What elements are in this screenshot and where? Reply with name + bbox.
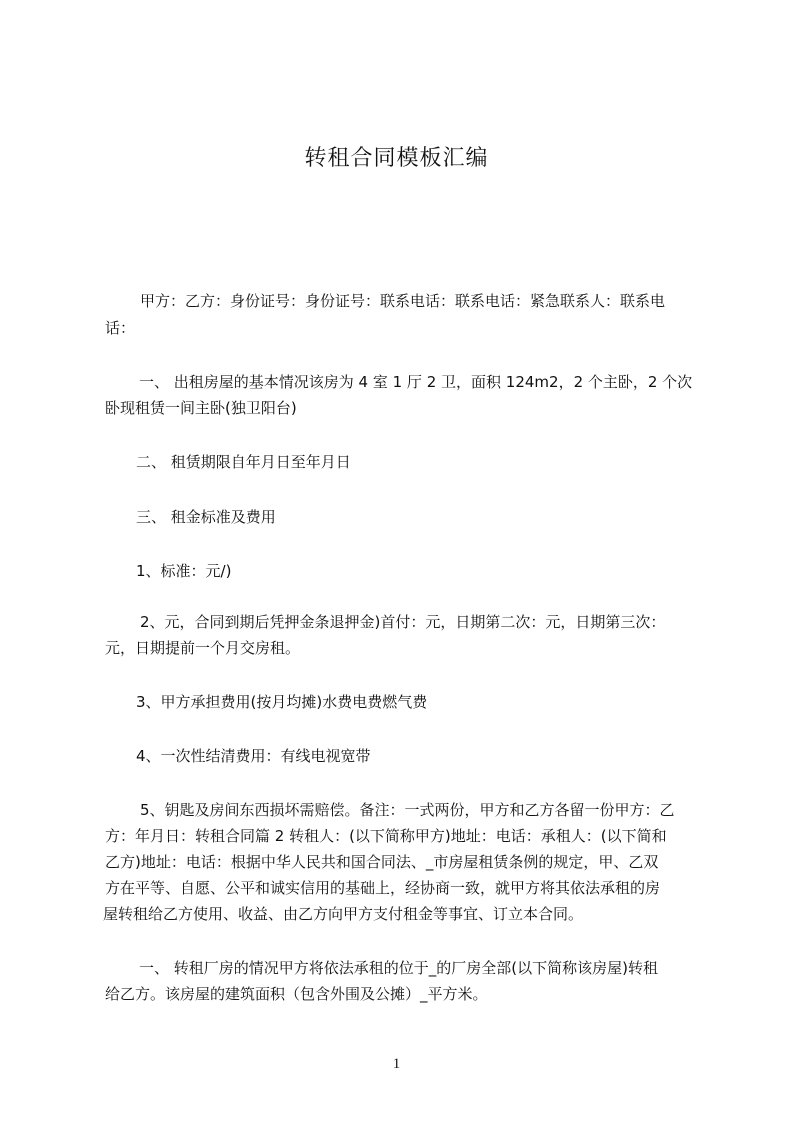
- body-line: 一、 转租厂房的情况甲方将依法承租的位于_的厂房全部(以下简称该房屋)转租: [139, 958, 658, 978]
- body-line: 二、 租赁期限自年月日至年月日: [136, 452, 351, 472]
- body-line: 甲方：乙方：身份证号：身份证号：联系电话：联系电话：紧急联系人：联系电: [140, 291, 665, 311]
- body-line: 给乙方。该房屋的建筑面积（包含外围及公摊）_平方米。: [105, 984, 488, 1004]
- body-line: 方在平等、自愿、公平和诚实信用的基础上，经协商一致，就甲方将其依法承租的房: [105, 878, 660, 898]
- body-line: 5、钥匙及房间东西损坏需赔偿。备注：一式两份，甲方和乙方各留一份甲方：乙: [140, 800, 675, 820]
- body-line: 屋转租给乙方使用、收益、由乙方向甲方支付租金等事宜、订立本合同。: [103, 904, 583, 924]
- body-line: 乙方)地址：电话：根据中华人民共和国合同法、_市房屋租赁条例的规定，甲、乙双: [105, 852, 658, 872]
- page-number: 1: [0, 1056, 793, 1073]
- body-line: 2、元，合同到期后凭押金条退押金)首付：元，日期第二次：元，日期第三次：: [140, 612, 665, 632]
- body-line: 卧现租赁一间主卧(独卫阳台): [105, 398, 297, 418]
- body-line: 3、甲方承担费用(按月均摊)水费电费燃气费: [136, 692, 427, 712]
- body-line: 元，日期提前一个月交房租。: [105, 638, 300, 658]
- body-line: 4、一次性结清费用：有线电视宽带: [136, 746, 371, 766]
- body-line: 三、 租金标准及费用: [136, 507, 276, 527]
- body-line: 1、标准：元/): [136, 561, 231, 581]
- body-line: 话：: [105, 318, 135, 338]
- body-line: 一、 出租房屋的基本情况该房为 4 室 1 厅 2 卫，面积 124m2，2 个…: [139, 372, 692, 392]
- document-title: 转租合同模板汇编: [0, 141, 793, 172]
- body-line: 方：年月日：转租合同篇 2 转租人：(以下简称甲方)地址：电话：承租人：(以下简…: [105, 826, 667, 846]
